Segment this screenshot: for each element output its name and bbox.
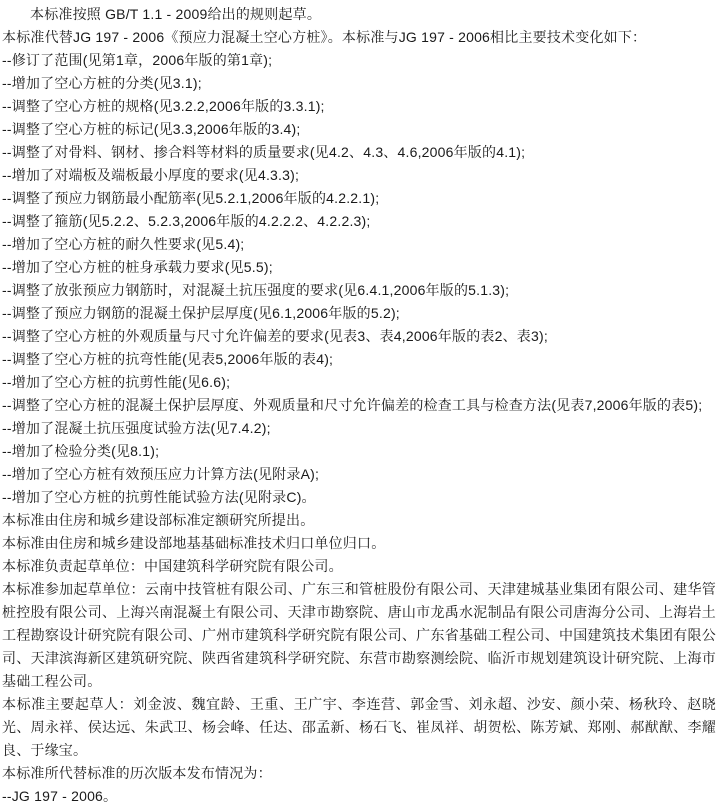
paragraph: --增加了空心方桩的分类(见3.1); — [2, 72, 716, 95]
paragraph: --增加了检验分类(见8.1); — [2, 440, 716, 463]
paragraph: --调整了空心方桩的标记(见3.3,2006年版的3.4); — [2, 118, 716, 141]
paragraph: --调整了放张预应力钢筋时，对混凝土抗压强度的要求(见6.4.1,2006年版的… — [2, 279, 716, 302]
paragraph: 本标准参加起草单位：云南中技管桩有限公司、广东三和管桩股份有限公司、天津建城基业… — [2, 578, 716, 693]
foreword-text: 本标准按照 GB/T 1.1 - 2009给出的规则起草。本标准代替JG 197… — [2, 3, 716, 802]
paragraph: 本标准按照 GB/T 1.1 - 2009给出的规则起草。 — [2, 3, 716, 26]
paragraph: 本标准负责起草单位：中国建筑科学研究院有限公司。 — [2, 555, 716, 578]
paragraph: --增加了空心方桩有效预压应力计算方法(见附录A); — [2, 463, 716, 486]
paragraph: --调整了对骨料、钢材、掺合料等材料的质量要求(见4.2、4.3、4.6,200… — [2, 141, 716, 164]
paragraph: --修订了范围(见第1章，2006年版的第1章); — [2, 49, 716, 72]
paragraph: --调整了空心方桩的外观质量与尺寸允许偏差的要求(见表3、表4,2006年版的表… — [2, 325, 716, 348]
paragraph: 本标准主要起草人：刘金波、魏宜龄、王重、王广宇、李连营、郭金雪、刘永超、沙安、颜… — [2, 693, 716, 762]
paragraph: 本标准由住房和城乡建设部标准定额研究所提出。 — [2, 509, 716, 532]
paragraph: --调整了预应力钢筋最小配筋率(见5.2.1,2006年版的4.2.2.1); — [2, 187, 716, 210]
paragraph: 本标准所代替标准的历次版本发布情况为： — [2, 762, 716, 785]
paragraph: --增加了空心方桩的耐久性要求(见5.4); — [2, 233, 716, 256]
paragraph: --调整了箍筋(见5.2.2、5.2.3,2006年版的4.2.2.2、4.2.… — [2, 210, 716, 233]
paragraph: --调整了空心方桩的混凝土保护层厚度、外观质量和尺寸允许偏差的检查工具与检查方法… — [2, 394, 716, 417]
paragraph: 本标准代替JG 197 - 2006《预应力混凝土空心方桩》。本标准与JG 19… — [2, 26, 716, 49]
paragraph: --调整了空心方桩的抗弯性能(见表5,2006年版的表4); — [2, 348, 716, 371]
paragraph: --增加了空心方桩的抗剪性能(见6.6); — [2, 371, 716, 394]
paragraph: --调整了空心方桩的规格(见3.2.2,2006年版的3.3.1); — [2, 95, 716, 118]
paragraph: --调整了预应力钢筋的混凝土保护层厚度(见6.1,2006年版的5.2); — [2, 302, 716, 325]
paragraph: --增加了混凝土抗压强度试验方法(见7.4.2); — [2, 417, 716, 440]
paragraph: --JG 197 - 2006。 — [2, 785, 716, 802]
paragraph: --增加了空心方桩的桩身承载力要求(见5.5); — [2, 256, 716, 279]
paragraph: --增加了对端板及端板最小厚度的要求(见4.3.3); — [2, 164, 716, 187]
document-page: 本标准按照 GB/T 1.1 - 2009给出的规则起草。本标准代替JG 197… — [0, 0, 718, 802]
paragraph: --增加了空心方桩的抗剪性能试验方法(见附录C)。 — [2, 486, 716, 509]
paragraph: 本标准由住房和城乡建设部地基基础标准技术归口单位归口。 — [2, 532, 716, 555]
